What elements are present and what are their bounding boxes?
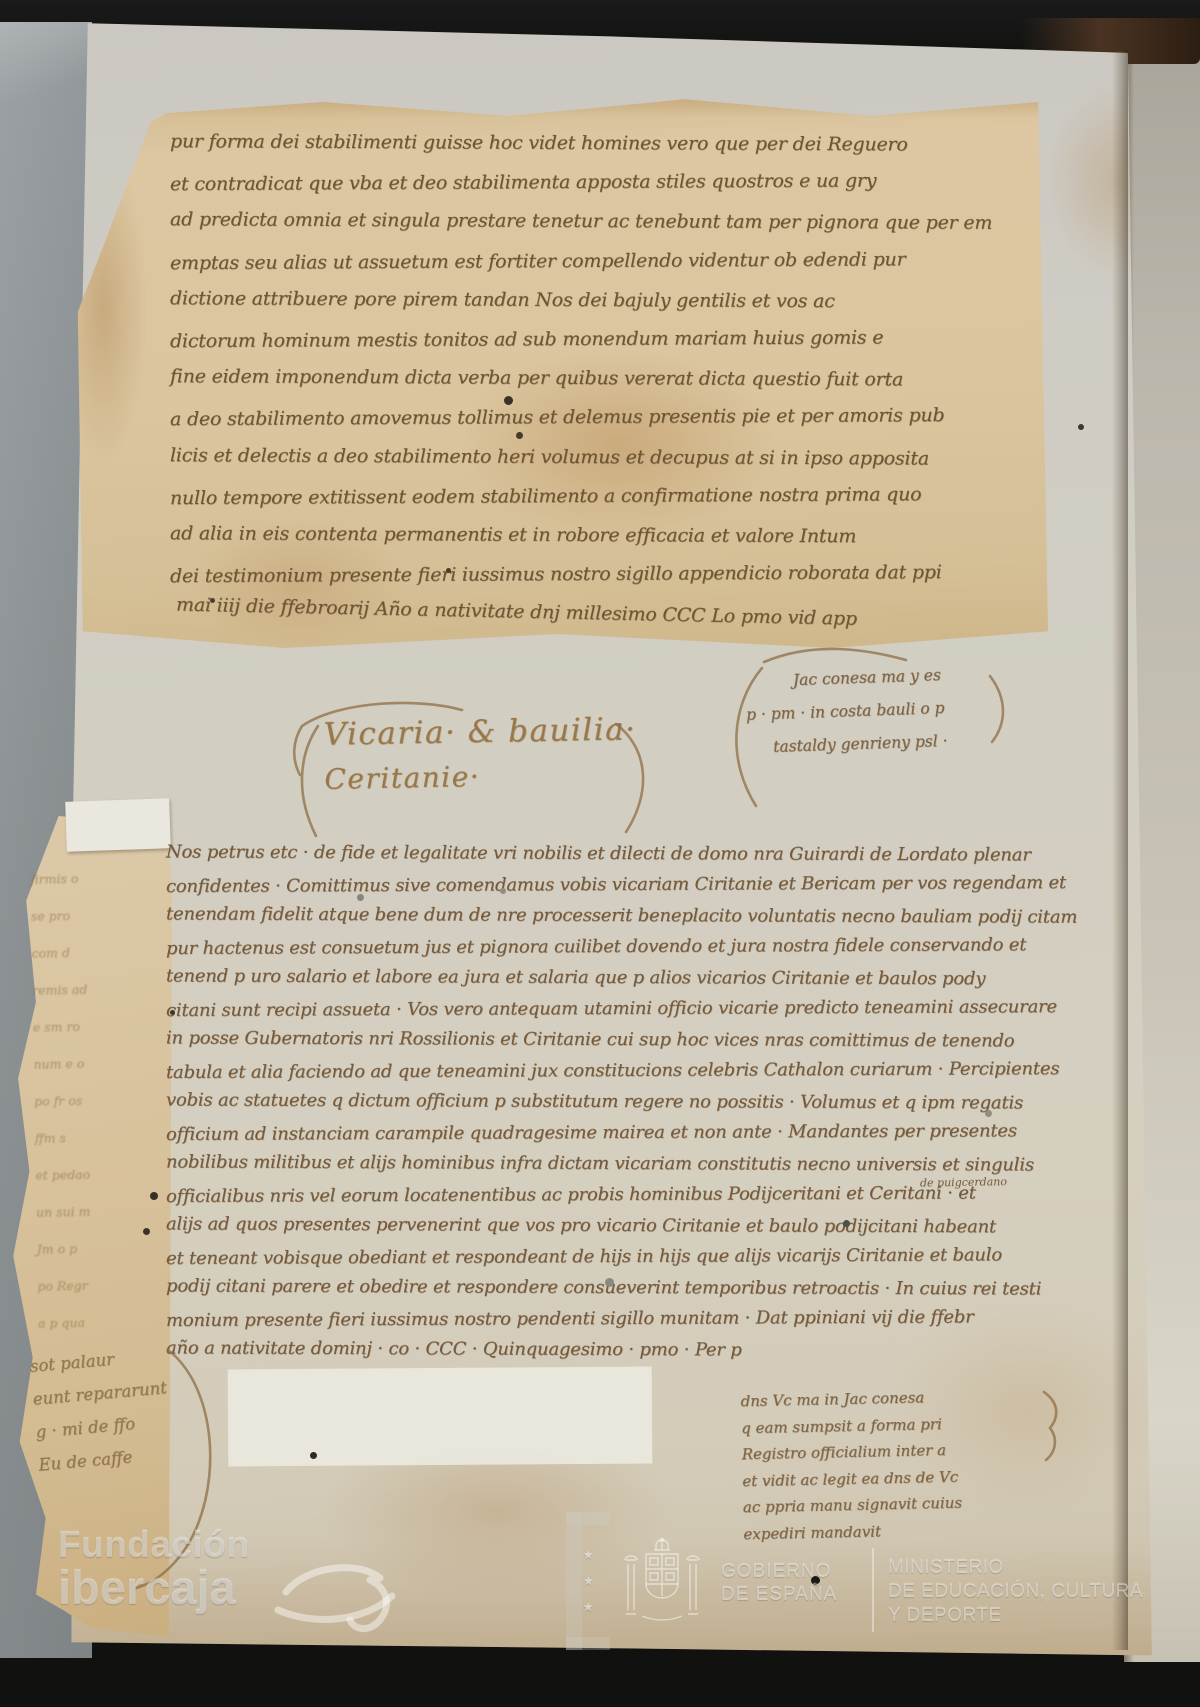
manuscript-line: pur forma dei stabilimenti guisse hoc vi…	[170, 122, 992, 165]
ink-blot	[446, 568, 451, 573]
note-line: expediri mandavit	[743, 1516, 963, 1547]
ink-blot	[150, 1192, 158, 1200]
faded-line: po fr os	[34, 1082, 90, 1120]
ink-blot	[143, 1228, 150, 1235]
ministerio-watermark: MINISTERIODE EDUCACIÓN, CULTURAY DEPORTE	[888, 1556, 1143, 1628]
ink-blot	[1078, 424, 1084, 430]
repair-patch	[228, 1367, 653, 1467]
rubric-line-2: Ceritanie·	[324, 757, 637, 795]
manuscript-line: tabula et alia faciendo ad que teneamini…	[166, 1053, 1077, 1088]
ink-blot	[843, 1220, 850, 1227]
manuscript-line: fine eidem imponendum dicta verba per qu…	[170, 357, 992, 400]
watermark-line: GOBIERNO	[721, 1560, 837, 1583]
manuscript-line: citani sunt recipi assueta · Vos vero an…	[166, 991, 1077, 1026]
spain-coat-of-arms-icon	[612, 1536, 712, 1628]
manuscript-line: et teneant vobisque obediant et responde…	[166, 1239, 1077, 1274]
faded-line: remis ad	[32, 971, 88, 1009]
ink-blot	[516, 432, 523, 439]
faded-line: Jm o p	[36, 1229, 92, 1267]
faded-line: e sm ro	[32, 1008, 88, 1046]
faded-line: com d	[31, 934, 87, 972]
manuscript-line: pur hactenus est consuetum jus et pignor…	[166, 929, 1077, 964]
bottom-left-note: sot palaureunt repararuntg · mi de ffoEu…	[29, 1338, 174, 1481]
eu-band-bar	[566, 1512, 582, 1650]
star-icon: ★	[583, 1574, 594, 1588]
faded-line: firmis o	[30, 860, 86, 898]
signature-line: Jac conesa ma y es	[792, 659, 945, 697]
manuscript-line: confidentes · Comittimus sive comendamus…	[166, 867, 1077, 902]
faded-line: po Regr	[37, 1266, 93, 1304]
star-icon: ★	[583, 1548, 594, 1562]
manuscript-line: ad alia in eis contenta permanentis et i…	[170, 514, 992, 557]
main-letter-text: Nos petrus etc · de fide et legalitate v…	[166, 838, 1077, 1365]
rubric-line-1: Vicaria· & bauilia·	[323, 711, 636, 752]
manuscript-line: tenendam fidelit atque bene dum de nre p…	[166, 898, 1077, 932]
eu-stars-bracket-icon: ★ ★ ★	[566, 1512, 610, 1650]
watermark-line: Y DEPORTE	[888, 1604, 1143, 1628]
interlinear-addition: de puigcerdano	[920, 1175, 1007, 1190]
ink-blot	[210, 598, 215, 603]
ink-blot	[170, 1010, 175, 1015]
signature-line: tastaldy genrieny psl ·	[773, 725, 948, 764]
manuscript-line: monium presente fieri iussimus nostro pe…	[166, 1301, 1077, 1336]
manuscript-line: podij citani parere et obedire et respon…	[166, 1270, 1077, 1304]
upper-charter-text: pur forma dei stabilimenti guisse hoc vi…	[170, 124, 992, 634]
faded-line: num e o	[33, 1045, 89, 1083]
paper-tape-patch	[65, 798, 171, 852]
pinhole	[500, 888, 506, 894]
ink-blot	[310, 1452, 317, 1459]
left-fragment-text: firmis ose procom dremis ade sm ronum e …	[30, 860, 93, 1342]
manuscript-line: dictorum hominum mestis tonitos ad sub m…	[170, 318, 992, 362]
watermark-line: DE ESPAÑA	[721, 1583, 837, 1606]
manuscript-line: dictione attribuere pore pirem tandan No…	[170, 279, 992, 322]
faded-line: se pro	[30, 897, 86, 935]
manuscript-line: vobis ac statuetes q dictum officium p s…	[166, 1084, 1077, 1118]
faded-line: et pedao	[35, 1156, 91, 1194]
pinhole	[357, 894, 364, 901]
eu-band-cap	[566, 1512, 610, 1525]
star-icon: ★	[583, 1600, 594, 1614]
manuscript-line: alijs ad quos presentes pervenerint que …	[166, 1208, 1077, 1242]
watermark-line: MINISTERIO	[888, 1556, 1143, 1580]
manuscript-line: Nos petrus etc · de fide et legalitate v…	[166, 836, 1077, 870]
manuscript-line: nullo tempore extitissent eodem stabilim…	[170, 475, 992, 519]
manuscript-line: año a nativitate dominj · co · CCC · Qui…	[166, 1332, 1077, 1366]
manuscript-line: et contradicat que vba et deo stabilimen…	[170, 161, 992, 205]
manuscript-line: emptas seu alias ut assuetum est fortite…	[170, 239, 992, 283]
watermark-divider	[872, 1548, 874, 1632]
faded-line: a p qua	[38, 1303, 94, 1341]
bottom-right-note: dns Vc ma in Jac conesaq eam sumpsit a f…	[740, 1384, 963, 1548]
gobierno-watermark: GOBIERNODE ESPAÑA	[721, 1560, 837, 1606]
ink-blot	[504, 396, 513, 405]
manuscript-line: ad predicta omnia et singula prestare te…	[170, 201, 992, 244]
pinhole	[605, 1278, 614, 1287]
eu-band-cap	[566, 1637, 610, 1650]
manuscript-line: a deo stabilimento amovemus tollimus et …	[170, 396, 992, 440]
faded-line: ffm s	[34, 1119, 90, 1157]
watermark-line: DE EDUCACIÓN, CULTURA	[888, 1580, 1143, 1604]
rubric-heading: Vicaria· & bauilia· Ceritanie·	[323, 711, 637, 795]
faded-line: un sui m	[36, 1193, 92, 1231]
manuscript-line: in posse Gubernatoris nri Rossilionis et…	[166, 1022, 1077, 1056]
manuscript-line: officium ad instanciam carampile quadrag…	[166, 1115, 1077, 1150]
manuscript-line: licis et delectis a deo stabilimento her…	[170, 436, 992, 479]
pinhole	[985, 1110, 992, 1117]
chancery-signature: Jac conesa ma y esp · pm · in costa baul…	[770, 659, 948, 764]
manuscript-photo: pur forma dei stabilimenti guisse hoc vi…	[0, 0, 1200, 1707]
ibercaja-logo-icon	[272, 1552, 402, 1637]
page-fold-shadow	[1112, 50, 1128, 1650]
manuscript-line: tenend p uro salario et labore ea jura e…	[166, 960, 1077, 994]
ibercaja-watermark: ibercaja	[58, 1560, 236, 1615]
